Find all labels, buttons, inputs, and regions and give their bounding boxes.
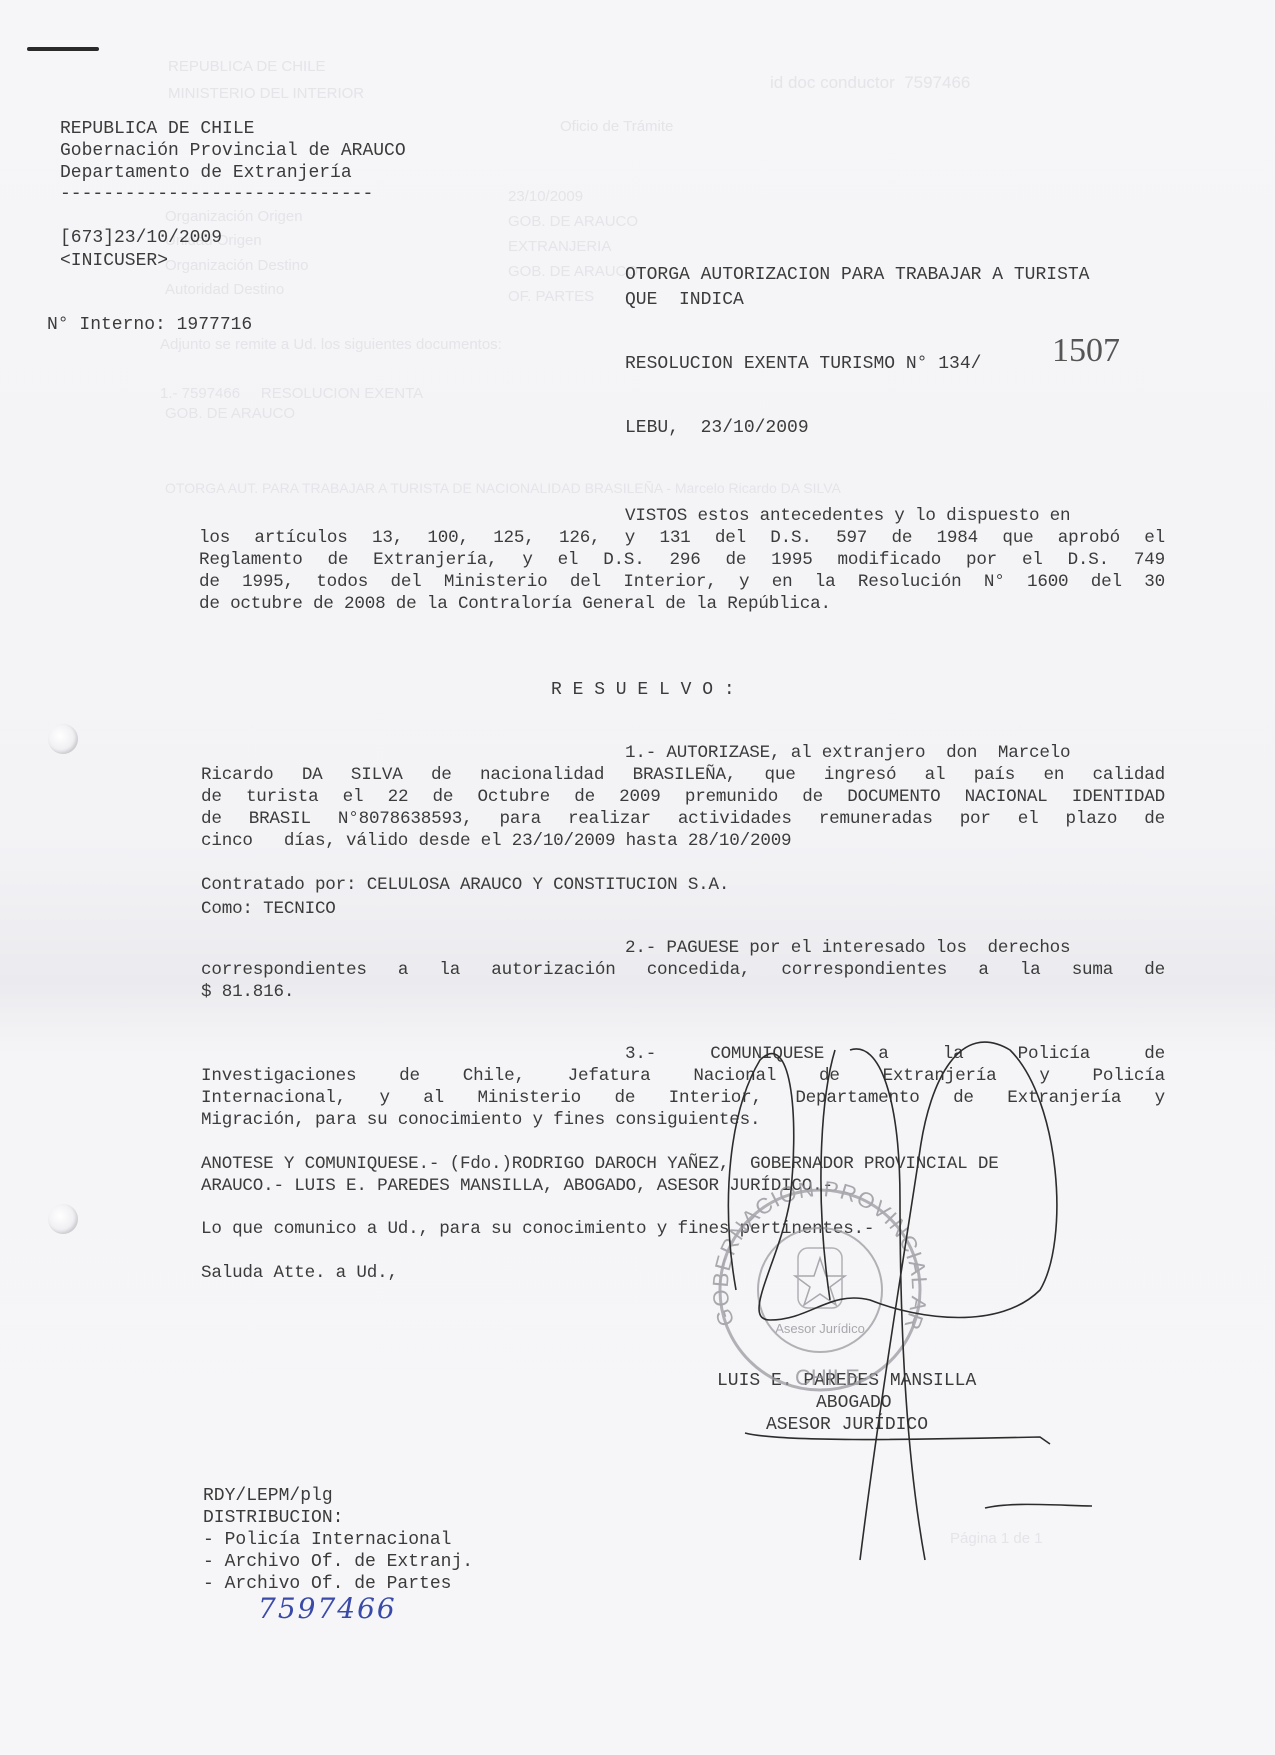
svg-text:GOBERNACION PROVINCIAL ARAUCO: GOBERNACION PROVINCIAL ARAUCO — [0, 0, 932, 1334]
scanned-document-page: REPUBLICA DE CHILE MINISTERIO DEL INTERI… — [0, 0, 1275, 1755]
svg-text:CHILE: CHILE — [795, 1365, 860, 1390]
stamp-and-signature: GOBERNACION PROVINCIAL ARAUCO CHILE Ases… — [0, 0, 1275, 1755]
svg-text:Asesor Jurídico: Asesor Jurídico — [775, 1321, 865, 1336]
